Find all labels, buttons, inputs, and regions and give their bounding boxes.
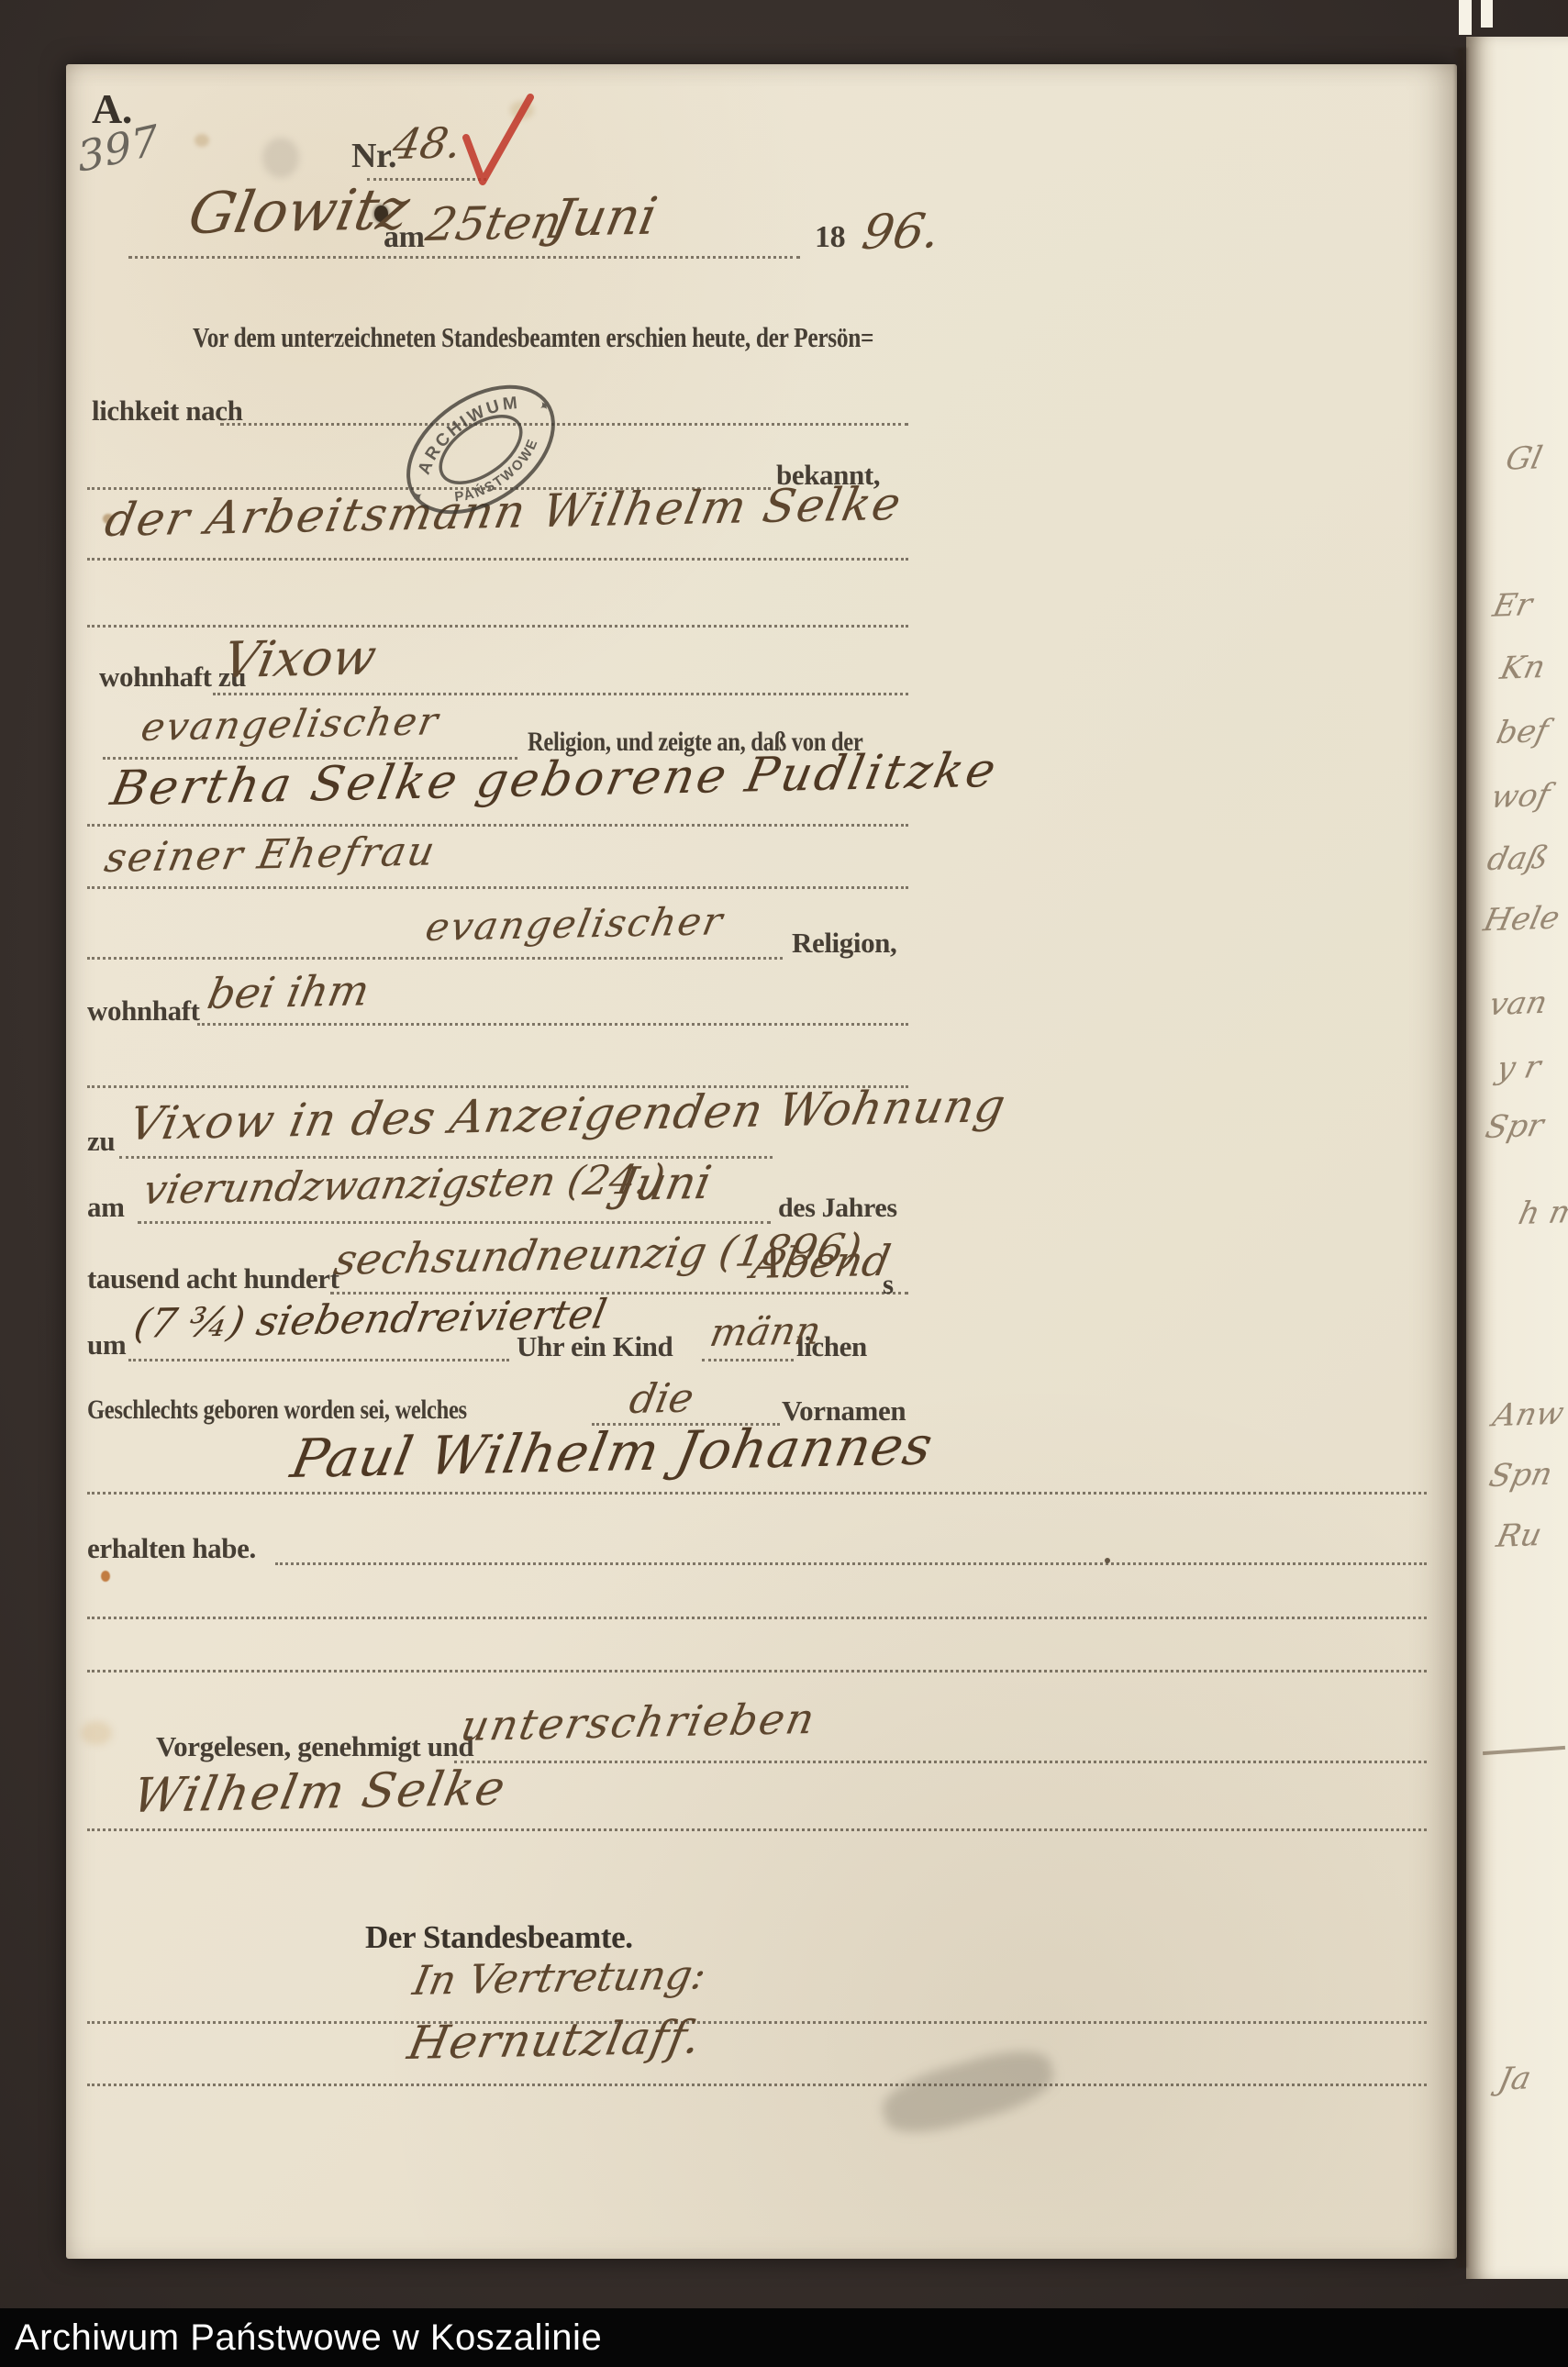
birth-year-abend: Abend xyxy=(748,1236,895,1288)
dotted-line xyxy=(138,1221,771,1224)
record-no-value: 48. xyxy=(389,117,466,169)
printed-year-18: 18 xyxy=(815,220,845,255)
neighbor-fragment: Ru xyxy=(1494,1517,1545,1555)
article-die: die xyxy=(626,1375,697,1423)
neighbor-fragment: y r xyxy=(1494,1049,1544,1087)
printed-tausend: tausend acht hundert xyxy=(87,1262,339,1295)
printed-um: um xyxy=(87,1328,126,1361)
pencil-smudge xyxy=(262,138,299,178)
neighbor-fragment: Ja xyxy=(1496,2060,1535,2097)
date-year-96: 96. xyxy=(858,204,945,261)
neighbor-fragment: Spr xyxy=(1482,1107,1546,1146)
dotted-line xyxy=(87,2021,1427,2024)
register-page xyxy=(66,64,1457,2259)
dotted-line xyxy=(275,1562,1427,1565)
mother-role: seiner Ehefrau xyxy=(101,828,440,882)
page-gutter-crease xyxy=(1453,48,1468,2268)
dotted-line xyxy=(87,1492,1427,1495)
signature-registrar: Hernutzlaff. xyxy=(404,2010,706,2070)
residence-value: Vixow xyxy=(218,628,381,689)
scan-edge-tab xyxy=(1459,0,1472,35)
neighbor-fragment: Hele xyxy=(1480,900,1562,939)
dotted-line xyxy=(702,1359,794,1361)
date-month: Juni xyxy=(547,187,662,249)
religion1-value: evangelischer xyxy=(138,698,443,750)
religion2-value: evangelischer xyxy=(422,898,728,950)
intro-line2: lichkeit nach xyxy=(92,394,242,428)
dotted-line xyxy=(87,886,908,889)
deputy-note: In Vertretung: xyxy=(409,1951,710,2005)
neighbor-fragment: van xyxy=(1485,984,1550,1023)
registrar-title: Der Standesbeamte. xyxy=(365,1919,633,1956)
neighbor-fragment: Er xyxy=(1490,586,1536,624)
red-checkmark xyxy=(457,92,541,194)
printed-vorgelesen: Vorgelesen, genehmigt und xyxy=(156,1730,473,1763)
printed-geschlechts: Geschlechts geboren worden sei, welches xyxy=(87,1395,467,1426)
printed-wohnhaft: wohnhaft xyxy=(87,995,200,1028)
neighbor-page-edge: Gl Er Kn bef wof daß Hele van y r Spr h … xyxy=(1466,37,1568,2279)
scanned-document-view: Gl Er Kn bef wof daß Hele van y r Spr h … xyxy=(0,0,1568,2367)
date-day: 25ten xyxy=(422,195,566,251)
residence2-value: bei ihm xyxy=(204,965,373,1018)
neighbor-fragment: wof xyxy=(1487,777,1552,816)
dotted-line xyxy=(87,558,908,561)
dotted-line xyxy=(197,1023,908,1026)
neighbor-fragment: Kn xyxy=(1497,649,1549,687)
dotted-line xyxy=(454,1761,1427,1763)
paper-stain xyxy=(81,1721,112,1745)
archive-caption-text: Archiwum Państwowe w Koszalinie xyxy=(15,2308,602,2367)
scan-edge-tab xyxy=(1481,0,1493,28)
neighbor-stroke xyxy=(1483,1746,1565,1755)
neighbor-fragment: Spn xyxy=(1485,1456,1555,1495)
gender-value: männ xyxy=(706,1308,825,1355)
stamp-text-bottom: PAŃSTWOWE xyxy=(447,431,551,517)
paper-stain xyxy=(195,134,209,147)
dotted-line xyxy=(330,1292,908,1295)
paper-stain xyxy=(101,1571,110,1582)
neighbor-fragment: Gl xyxy=(1503,439,1546,477)
printed-am2: am xyxy=(87,1191,125,1224)
dotted-line xyxy=(128,1359,509,1361)
dotted-line xyxy=(87,824,908,827)
archive-stamp: ARCHIWUM PAŃSTWOWE ✦ ✦ xyxy=(389,371,573,528)
archive-caption-bar: Archiwum Państwowe w Koszalinie xyxy=(0,2308,1568,2367)
intro-line1: Vor dem unterzeichneten Standesbeamten e… xyxy=(193,321,873,354)
printed-zu: zu xyxy=(87,1125,115,1158)
printed-des-jahres: des Jahres xyxy=(778,1193,897,1224)
printed-erhalten-habe: erhalten habe. xyxy=(87,1532,256,1565)
printed-religion2: Religion, xyxy=(792,927,896,960)
neighbor-fragment: daß xyxy=(1484,839,1551,878)
birth-date-month: Juni xyxy=(613,1156,716,1211)
place-glowitz: Glowitz xyxy=(183,175,415,247)
neighbor-fragment: h m xyxy=(1515,1194,1568,1232)
dotted-line xyxy=(87,1828,1427,1831)
dotted-line xyxy=(87,2084,1427,2086)
dotted-line xyxy=(128,256,800,259)
neighbor-fragment: bef xyxy=(1493,713,1551,751)
dotted-line xyxy=(87,957,783,960)
signature-declarant: Wilhelm Selke xyxy=(128,1761,511,1824)
dotted-line xyxy=(87,1617,1427,1619)
closing-unterschrieben: unterschrieben xyxy=(457,1694,820,1750)
record-no-label: Nr. xyxy=(351,136,396,176)
svg-text:PAŃSTWOWE: PAŃSTWOWE xyxy=(447,431,551,517)
dotted-line xyxy=(87,625,908,628)
neighbor-fragment: Anw xyxy=(1489,1395,1567,1435)
dotted-line xyxy=(213,693,908,695)
dotted-line xyxy=(87,1670,1427,1672)
